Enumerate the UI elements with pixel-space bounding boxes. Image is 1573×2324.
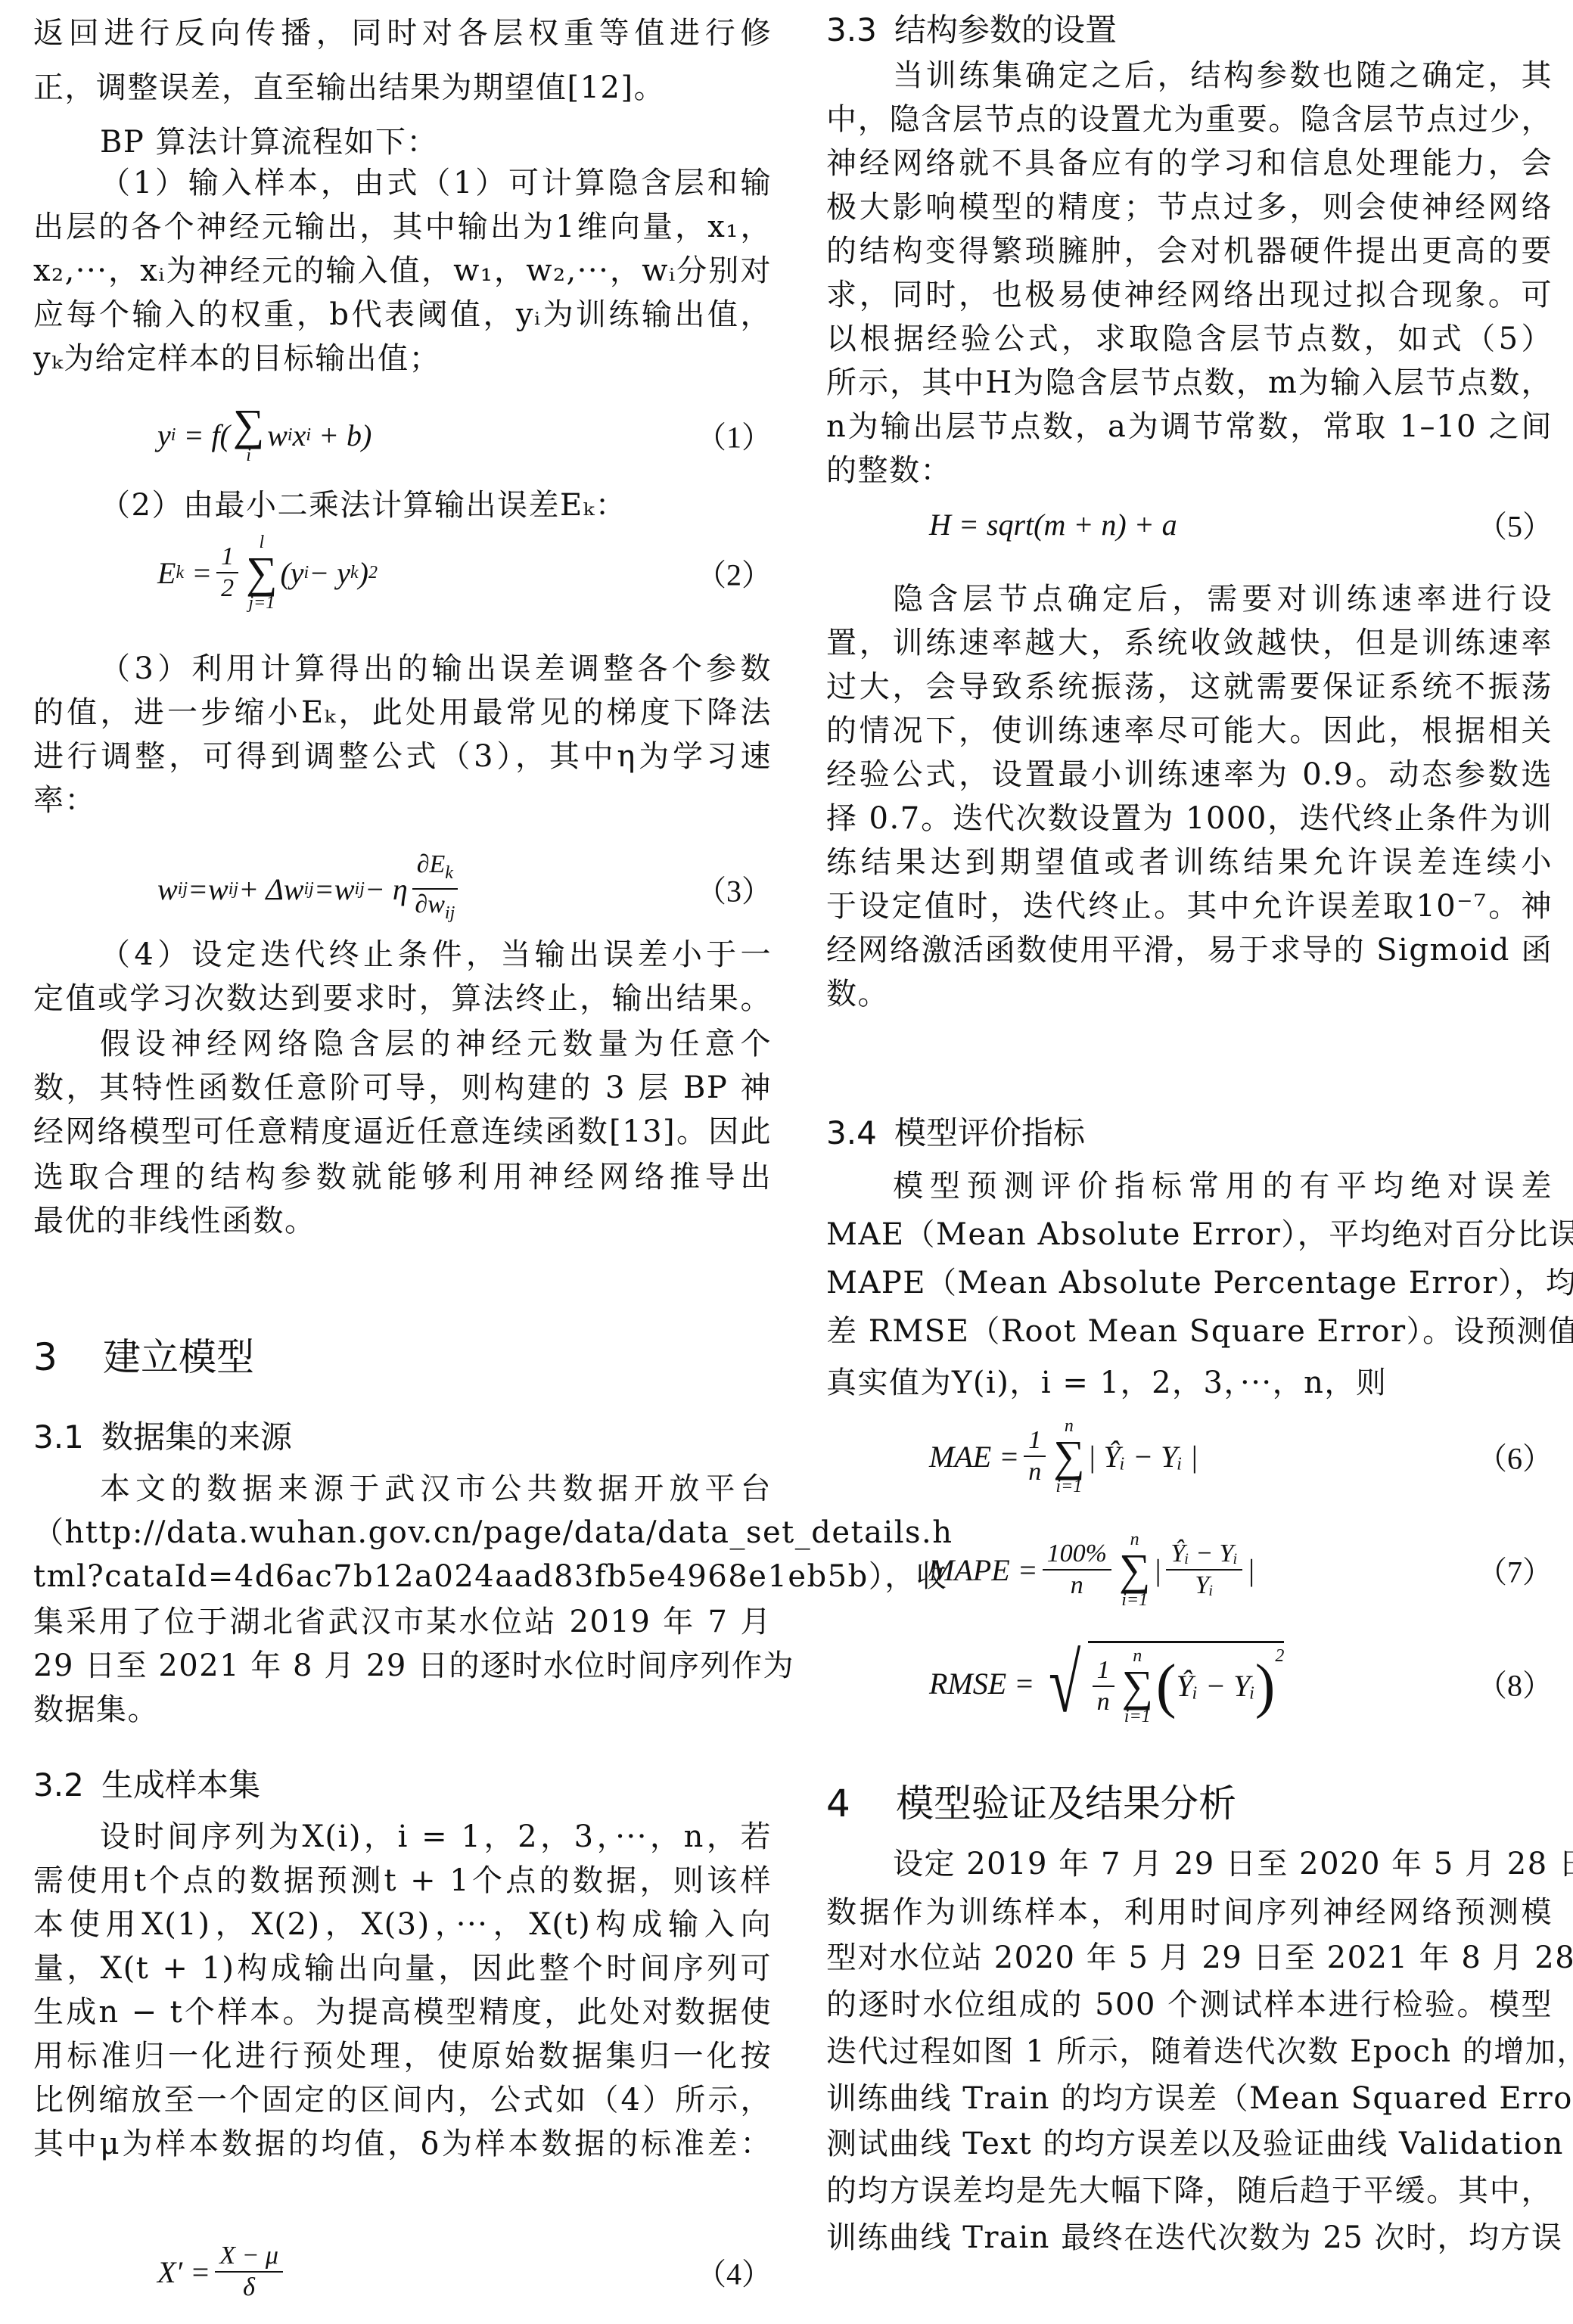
equation-5-body: H = sqrt(m + n) + a (929, 490, 1177, 558)
summation-symbol: n∑i=1 (1053, 1416, 1084, 1496)
paragraph-line: （1）输入样本，由式（1）可计算隐含层和输 (33, 162, 772, 204)
square-root: √ 1n n∑i=1 (Ŷᵢ − Yᵢ)2 (1042, 1641, 1284, 1726)
section-number: 3.3 (826, 9, 894, 51)
paragraph-line: 求，同时，也极易使神经网络出现过拟合现象。可 (826, 274, 1553, 316)
paragraph-line: 集采用了位于湖北省武汉市某水位站 2019 年 7 月 (33, 1601, 772, 1643)
paragraph-line: 经网络模型可任意精度逼近任意连续函数[13]。因此 (33, 1111, 772, 1153)
equation-number: （8） (1477, 1662, 1553, 1705)
paragraph-line: 最优的非线性函数。 (33, 1200, 316, 1242)
paragraph-line: n为输出层节点数，a为调节常数，常取 1–10 之间 (826, 405, 1553, 448)
paragraph-line: 隐含层节点确定后，需要对训练速率进行设 (826, 578, 1553, 620)
equation-8: RMSE = √ 1n n∑i=1 (Ŷᵢ − Yᵢ)2 （8） (826, 1649, 1553, 1717)
paragraph-line: 设时间序列为X(i)，i = 1，2，3，···，n，若 (33, 1816, 772, 1858)
paragraph-line: 率： (33, 779, 96, 822)
equation-number: （3） (696, 868, 772, 911)
equation-5: H = sqrt(m + n) + a （5） (826, 490, 1553, 558)
paragraph-line: 本使用X(1)，X(2)，X(3)，···，X(t)构成输入向 (33, 1903, 772, 1946)
section-heading: 3.1数据集的来源 (33, 1416, 292, 1459)
fraction: 12 (216, 542, 238, 604)
paragraph-line: 的均方误差均是先大幅下降，随后趋于平缓。其中， (826, 2170, 1553, 2212)
equation-8-body: RMSE = √ 1n n∑i=1 (Ŷᵢ − Yᵢ)2 (929, 1649, 1284, 1717)
paragraph-line: 所示，其中H为隐含层节点数，m为输入层节点数， (826, 362, 1553, 404)
paragraph-line: 生成n − t个样本。为提高模型精度，此处对数据使 (33, 1991, 772, 2033)
paragraph-line: 于设定值时，迭代终止。其中允许误差取10⁻⁷。神 (826, 885, 1553, 927)
section-number: 3.1 (33, 1416, 101, 1459)
paragraph-line: 其中μ为样本数据的均值，δ为样本数据的标准差： (33, 2123, 772, 2165)
equation-3-body: wij = wij + Δ wij = wij − η ∂Ek∂wij (157, 855, 462, 923)
section-number: 4 (826, 1779, 896, 1828)
paragraph-line: 测试曲线 Text 的均方误差以及验证曲线 Validation (826, 2123, 1553, 2165)
section-heading: 4模型验证及结果分析 (826, 1779, 1236, 1828)
fraction: 1n (1093, 1655, 1114, 1717)
partial-derivative-fraction: ∂Ek∂wij (412, 850, 458, 928)
paragraph-line: MAPE（Mean Absolute Percentage Error），均方根… (826, 1262, 1553, 1304)
paragraph-line: 应每个输入的权重，b代表阈值，yᵢ为训练输出值， (33, 294, 772, 336)
summation-symbol: l∑j=1 (246, 533, 277, 613)
paragraph-line: 经验公式，设置最小训练速率为 0.9。动态参数选 (826, 753, 1553, 796)
paragraph-line: 迭代过程如图 1 所示，随着迭代次数 Epoch 的增加， (826, 2030, 1553, 2073)
section-number: 3 (33, 1333, 103, 1381)
paragraph-line: 神经网络就不具备应有的学习和信息处理能力，会 (826, 142, 1553, 185)
paragraph-line: 的整数： (826, 449, 952, 492)
paragraph-line: 的结构变得繁琐臃肿，会对机器硬件提出更高的要 (826, 230, 1553, 272)
paragraph-line: 设定 2019 年 7 月 29 日至 2020 年 5 月 28 日的 (826, 1843, 1553, 1885)
equation-number: （1） (696, 414, 772, 457)
paragraph-line: （2）由最小二乘法计算输出误差Eₖ： (33, 484, 626, 527)
equation-number: （5） (1477, 503, 1553, 546)
section-title: 结构参数的设置 (894, 11, 1117, 48)
paragraph-line: 以根据经验公式，求取隐含层节点数，如式（5） (826, 318, 1553, 360)
section-heading: 3.3结构参数的设置 (826, 9, 1117, 51)
paragraph-line: 数。 (826, 973, 889, 1015)
equation-number: （2） (696, 551, 772, 595)
section-title: 模型评价指标 (894, 1114, 1085, 1151)
paragraph-line: x₂,···，xᵢ为神经元的输入值，w₁，w₂,···，wᵢ分别对 (33, 250, 772, 292)
paragraph-line: 训练曲线 Train 的均方误差（Mean Squared Error）， (826, 2077, 1553, 2120)
paragraph-line: 型对水位站 2020 年 5 月 29 日至 2021 年 8 月 28 日 (826, 1937, 1553, 1979)
section-heading: 3.4模型评价指标 (826, 1112, 1085, 1154)
summation-symbol: n∑i=1 (1119, 1530, 1150, 1610)
paragraph-line: 择 0.7。迭代次数设置为 1000，迭代终止条件为训 (826, 797, 1553, 840)
paragraph-line: 数据作为训练样本，利用时间序列神经网络预测模 (826, 1891, 1553, 1934)
equation-number: （4） (696, 2251, 772, 2294)
fraction: 100%n (1043, 1539, 1111, 1601)
equation-2-body: Ek = 12 l∑j=1 (yi − yk)2 (157, 539, 378, 607)
equation-3: wij = wij + Δ wij = wij − η ∂Ek∂wij （3） (33, 855, 772, 923)
equation-6-body: MAE = 1n n∑i=1 | Ŷᵢ − Yᵢ | (929, 1422, 1198, 1490)
paragraph-line: 差 RMSE（Root Mean Square Error）。设预测值为Ŷ(i)… (826, 1310, 1553, 1353)
paragraph-line: 假设神经网络隐含层的神经元数量为任意个 (33, 1023, 772, 1065)
paragraph-line: 的逐时水位组成的 500 个测试样本进行检验。模型 (826, 1984, 1553, 2026)
equation-7-body: MAPE = 100%n n∑i=1 | Ŷᵢ − YᵢYᵢ | (929, 1536, 1255, 1604)
paragraph-line: 当训练集确定之后，结构参数也随之确定，其 (826, 54, 1553, 97)
paragraph-line: 过大，会导致系统振荡，这就需要保证系统不振荡 (826, 666, 1553, 708)
equation-4-body: X′ = X − μδ (157, 2238, 288, 2306)
paragraph-line: 本文的数据来源于武汉市公共数据开放平台 (33, 1468, 772, 1510)
paragraph-line: （http://data.wuhan.gov.cn/page/data/data… (33, 1512, 772, 1554)
fraction: Ŷᵢ − YᵢYᵢ (1166, 1539, 1242, 1601)
section-title: 模型验证及结果分析 (896, 1782, 1236, 1825)
section-heading: 3.2生成样本集 (33, 1764, 260, 1807)
paragraph-line: 练结果达到期望值或者训练结果允许误差连续小 (826, 841, 1553, 884)
paragraph-line: 训练曲线 Train 最终在迭代次数为 25 次时，均方误 (826, 2217, 1553, 2259)
paragraph-line: 正，调整误差，直至输出结果为期望值[12]。 (33, 67, 665, 109)
paragraph-line: 29 日至 2021 年 8 月 29 日的逐时水位时间序列作为 (33, 1645, 772, 1687)
paragraph-line: 出层的各个神经元输出，其中输出为1维向量，x₁， (33, 206, 772, 248)
paragraph-line: 定值或学习次数达到要求时，算法终止，输出结果。 (33, 977, 772, 1020)
paragraph-line: 进行调整，可得到调整公式（3），其中η为学习速 (33, 735, 772, 778)
equation-4: X′ = X − μδ （4） (33, 2238, 772, 2306)
section-title: 数据集的来源 (101, 1418, 292, 1456)
paragraph-line: BP 算法计算流程如下： (33, 121, 438, 163)
section-title: 建立模型 (103, 1335, 254, 1379)
paragraph-line: （4）设定迭代终止条件，当输出误差小于一 (33, 934, 772, 976)
paragraph-line: 数，其特性函数任意阶可导，则构建的 3 层 BP 神 (33, 1067, 772, 1109)
summation-symbol: ∑i (233, 405, 264, 465)
section-heading: 3建立模型 (33, 1333, 254, 1381)
paragraph-line: 极大影响模型的精度；节点过多，则会使神经网络 (826, 186, 1553, 228)
section-number: 3.4 (826, 1112, 894, 1154)
paragraph-line: 选取合理的结构参数就能够利用神经网络推导出 (33, 1156, 772, 1198)
equation-2: Ek = 12 l∑j=1 (yi − yk)2 （2） (33, 539, 772, 607)
paragraph-line: MAE（Mean Absolute Error），平均绝对百分比误差 (826, 1213, 1553, 1256)
equation-number: （6） (1477, 1435, 1553, 1478)
summation-symbol: n∑i=1 (1122, 1646, 1153, 1726)
paragraph-line: 比例缩放至一个固定的区间内，公式如（4）所示， (33, 2079, 772, 2121)
paragraph-line: 用标准归一化进行预处理，使原始数据集归一化按 (33, 2035, 772, 2077)
equation-6: MAE = 1n n∑i=1 | Ŷᵢ − Yᵢ | （6） (826, 1422, 1553, 1490)
paragraph-line: 中，隐含层节点的设置尤为重要。隐含层节点过少， (826, 98, 1553, 141)
fraction: X − μδ (215, 2241, 283, 2303)
equation-1: yi = f( ∑i wixi + b) （1） (33, 401, 772, 469)
paragraph-line: 需使用t个点的数据预测t + 1个点的数据，则该样 (33, 1860, 772, 1902)
fraction: 1n (1024, 1425, 1046, 1487)
paragraph-line: 真实值为Y(i)，i = 1，2，3，···，n，则 (826, 1362, 1387, 1404)
equation-7: MAPE = 100%n n∑i=1 | Ŷᵢ − YᵢYᵢ | （7） (826, 1536, 1553, 1604)
paragraph-line: （3）利用计算得出的输出误差调整各个参数 (33, 648, 772, 690)
section-number: 3.2 (33, 1764, 101, 1807)
paragraph-line: 置，训练速率越大，系统收敛越快，但是训练速率 (826, 622, 1553, 664)
section-title: 生成样本集 (101, 1766, 260, 1804)
paragraph-line: 的值，进一步缩小Eₖ，此处用最常见的梯度下降法 (33, 691, 772, 734)
paragraph-line: 量，X(t + 1)构成输出向量，因此整个时间序列可 (33, 1947, 772, 1990)
paragraph-line: 返回进行反向传播，同时对各层权重等值进行修 (33, 12, 772, 54)
paragraph-line: yₖ为给定样本的目标输出值； (33, 337, 440, 380)
paragraph-line: 经网络激活函数使用平滑，易于求导的 Sigmoid 函 (826, 929, 1553, 971)
equation-1-body: yi = f( ∑i wixi + b) (157, 401, 371, 469)
paragraph-line: 数据集。 (33, 1689, 159, 1731)
paragraph-line: 模型预测评价指标常用的有平均绝对误差 (826, 1165, 1553, 1207)
equation-number: （7） (1477, 1549, 1553, 1592)
paragraph-line: 的情况下，使训练速率尽可能大。因此，根据相关 (826, 710, 1553, 752)
paragraph-line: tml?cataId=4d6ac7b12a024aad83fb5e4968e1e… (33, 1555, 772, 1598)
